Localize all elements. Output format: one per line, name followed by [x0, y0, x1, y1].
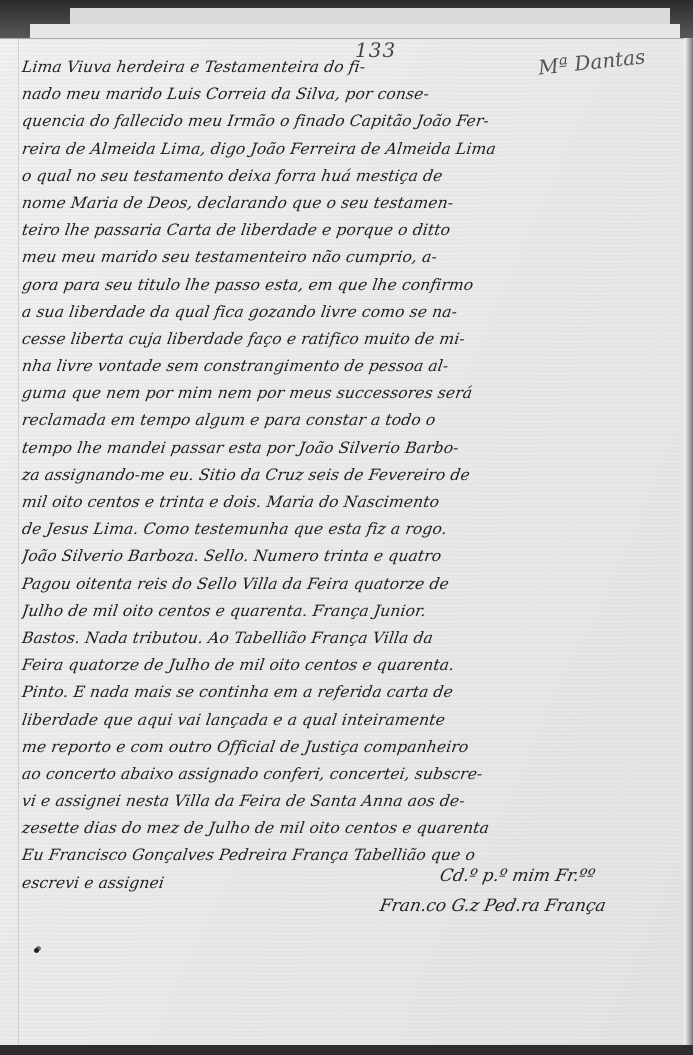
text-line: vi e assignei nesta Villa da Feira de Sa…	[20, 788, 674, 815]
text-line: teiro lhe passaria Carta de liberdade e …	[20, 217, 674, 244]
page-bottom-edge	[0, 1045, 693, 1055]
text-line: cesse liberta cuja liberdade faço e rati…	[20, 326, 674, 353]
text-line: Pagou oitenta reis do Sello Villa da Fei…	[20, 571, 674, 598]
text-line: quencia do fallecido meu Irmão o finado …	[20, 108, 674, 135]
text-line: me reporto e com outro Official de Justi…	[20, 734, 674, 761]
text-line: guma que nem por mim nem por meus succes…	[20, 380, 674, 407]
text-line: reclamada em tempo algum e para constar …	[20, 407, 674, 434]
text-line: Pinto. E nada mais se continha em a refe…	[20, 679, 674, 706]
text-line: Feira quatorze de Julho de mil oito cent…	[20, 652, 674, 679]
conferred-signature: Cd.º p.º mim Fr.ºº	[438, 866, 607, 886]
text-line: zesette dias do mez de Julho de mil oito…	[20, 815, 674, 842]
text-line: za assignando-me eu. Sitio da Cruz seis …	[20, 462, 674, 489]
text-line: mil oito centos e trinta e dois. Maria d…	[20, 489, 674, 516]
text-line: meu meu marido seu testamenteiro não cum…	[20, 244, 674, 271]
text-line: Julho de mil oito centos e quarenta. Fra…	[20, 598, 674, 625]
manuscript-text: Lima Viuva herdeira e Testamenteira do f…	[22, 54, 672, 897]
text-line: nome Maria de Deos, declarando que o seu…	[20, 190, 674, 217]
text-line: a sua liberdade da qual fica gozando liv…	[20, 299, 674, 326]
text-line: nado meu marido Luis Correia da Silva, p…	[20, 81, 674, 108]
text-line: o qual no seu testamento deixa forra huá…	[20, 163, 674, 190]
text-line: tempo lhe mandei passar esta por João Si…	[20, 435, 674, 462]
text-line: Lima Viuva herdeira e Testamenteira do f…	[20, 54, 674, 81]
page-margin-line	[18, 38, 19, 1045]
text-line: Bastos. Nada tributou. Ao Tabellião Fran…	[20, 625, 674, 652]
signature-block: Cd.º p.º mim Fr.ºº Fran.co G.z Ped.ra Fr…	[380, 866, 606, 916]
text-line: João Silverio Barboza. Sello. Numero tri…	[20, 543, 674, 570]
ink-blot	[36, 946, 41, 951]
text-line: ao concerto abaixo assignado conferi, co…	[20, 761, 674, 788]
clerk-signature: Fran.co G.z Ped.ra França	[378, 896, 607, 916]
page-right-edge	[684, 38, 693, 1055]
text-line: gora para seu titulo lhe passo esta, em …	[20, 272, 674, 299]
text-line: reira de Almeida Lima, digo João Ferreir…	[20, 136, 674, 163]
text-line: de Jesus Lima. Como testemunha que esta …	[20, 516, 674, 543]
text-line: liberdade que aqui vai lançada e a qual …	[20, 707, 674, 734]
text-line: nha livre vontade sem constrangimento de…	[20, 353, 674, 380]
